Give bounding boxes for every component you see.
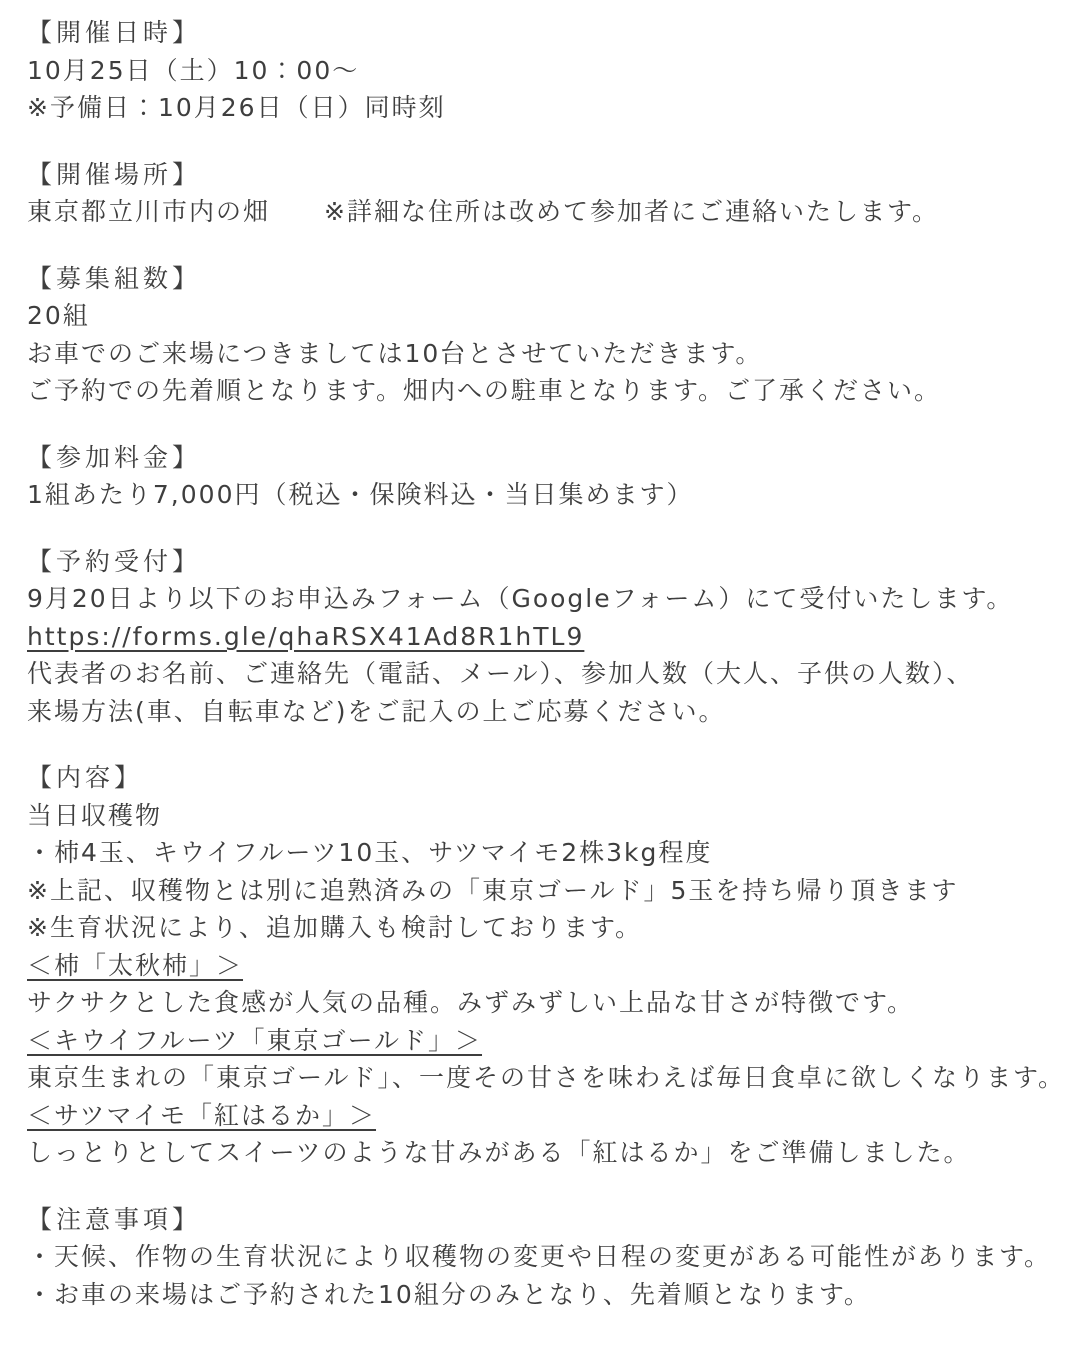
- backup-date-line: ※予備日：10月26日（日）同時刻: [27, 89, 1062, 127]
- event-datetime-heading: 【開催日時】: [27, 14, 1062, 52]
- harvest-items-line: ・柿4玉、キウイフルーツ10玉、サツマイモ2株3kg程度: [27, 834, 1062, 872]
- participation-fee-heading: 【参加料金】: [27, 439, 1062, 477]
- kiwi-subheading: ＜キウイフルーツ「東京ゴールド」＞: [27, 1022, 1062, 1060]
- section-event-location: 【開催場所】 東京都立川市内の畑 ※詳細な住所は改めて参加者にご連絡いたします。: [27, 156, 1062, 231]
- kiwi-description-line: 東京生まれの「東京ゴールド」、一度その甘さを味わえば毎日食卓に欲しくなります。: [27, 1059, 1062, 1097]
- notes-heading: 【注意事項】: [27, 1201, 1062, 1239]
- reservation-heading: 【予約受付】: [27, 543, 1062, 581]
- kaki-description-line: サクサクとした食感が人気の品種。みずみずしい上品な甘さが特徴です。: [27, 984, 1062, 1022]
- application-method-line: 来場方法(車、自転車など)をご記入の上ご応募ください。: [27, 693, 1062, 731]
- additional-purchase-line: ※生育状況により、追加購入も検討しております。: [27, 909, 1062, 947]
- event-location-line: 東京都立川市内の畑 ※詳細な住所は改めて参加者にご連絡いたします。: [27, 193, 1062, 231]
- event-location-heading: 【開催場所】: [27, 156, 1062, 194]
- reservation-link-line: https://forms.gle/qhaRSX41Ad8R1hTL9: [27, 618, 1062, 656]
- harvest-items-title-line: 当日収穫物: [27, 797, 1062, 835]
- bonus-kiwi-line: ※上記、収穫物とは別に追熟済みの「東京ゴールド」5玉を持ち帰り頂きます: [27, 872, 1062, 910]
- section-contents: 【内容】 当日収穫物 ・柿4玉、キウイフルーツ10玉、サツマイモ2株3kg程度 …: [27, 759, 1062, 1172]
- section-event-datetime: 【開催日時】 10月25日（土）10：00〜 ※予備日：10月26日（日）同時刻: [27, 14, 1062, 127]
- section-reservation: 【予約受付】 9月20日より以下のお申込みフォーム（Googleフォーム）にて受…: [27, 543, 1062, 731]
- section-group-capacity: 【募集組数】 20組 お車でのご来場につきましては10台とさせていただきます。 …: [27, 260, 1062, 410]
- event-details-document: 【開催日時】 10月25日（土）10：00〜 ※予備日：10月26日（日）同時刻…: [0, 0, 1080, 1350]
- car-note-line: ・お車の来場はご予約された10組分のみとなり、先着順となります。: [27, 1276, 1062, 1314]
- reservation-start-line: 9月20日より以下のお申込みフォーム（Googleフォーム）にて受付いたします。: [27, 580, 1062, 618]
- section-participation-fee: 【参加料金】 1組あたり7,000円（税込・保険料込・当日集めます）: [27, 439, 1062, 514]
- application-info-line: 代表者のお名前、ご連絡先（電話、メール）、参加人数（大人、子供の人数）、: [27, 655, 1062, 693]
- kaki-subheading: ＜柿「太秋柿」＞: [27, 947, 1062, 985]
- reservation-form-link[interactable]: https://forms.gle/qhaRSX41Ad8R1hTL9: [27, 622, 584, 651]
- parking-note-line: ご予約での先着順となります。畑内への駐車となります。ご了承ください。: [27, 372, 1062, 410]
- satsumaimo-subheading: ＜サツマイモ「紅はるか」＞: [27, 1097, 1062, 1135]
- group-capacity-heading: 【募集組数】: [27, 260, 1062, 298]
- weather-note-line: ・天候、作物の生育状況により収穫物の変更や日程の変更がある可能性があります。: [27, 1238, 1062, 1276]
- event-date-line: 10月25日（土）10：00〜: [27, 52, 1062, 90]
- car-limit-line: お車でのご来場につきましては10台とさせていただきます。: [27, 335, 1062, 373]
- fee-line: 1組あたり7,000円（税込・保険料込・当日集めます）: [27, 476, 1062, 514]
- capacity-count-line: 20組: [27, 297, 1062, 335]
- contents-heading: 【内容】: [27, 759, 1062, 797]
- section-notes: 【注意事項】 ・天候、作物の生育状況により収穫物の変更や日程の変更がある可能性が…: [27, 1201, 1062, 1314]
- satsumaimo-description-line: しっとりとしてスイーツのような甘みがある「紅はるか」をご準備しました。: [27, 1134, 1062, 1172]
